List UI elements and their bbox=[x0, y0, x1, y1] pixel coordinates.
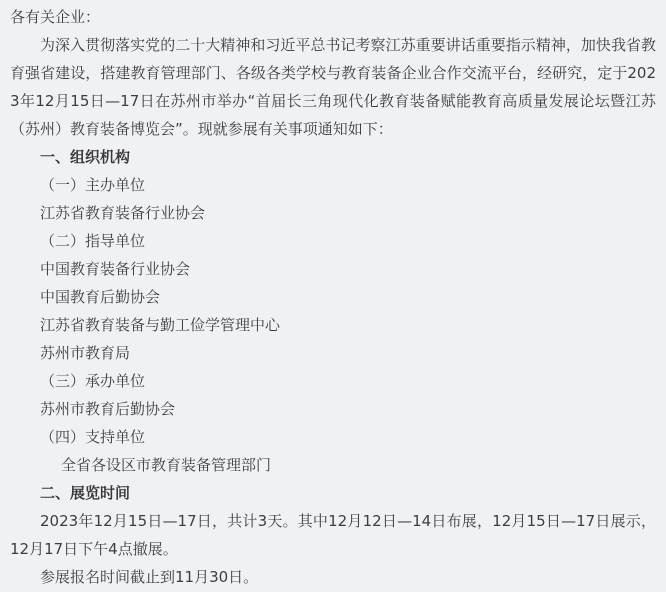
intro-paragraph: 为深入贯彻落实党的二十大精神和习近平总书记考察江苏重要讲话重要指示精神，加快我省… bbox=[10, 31, 656, 143]
host-unit-name: 江苏省教育装备行业协会 bbox=[10, 199, 656, 227]
guidance-unit-name-4: 苏州市教育局 bbox=[10, 339, 656, 367]
section-heading-organization: 一、组织机构 bbox=[10, 143, 656, 171]
guidance-unit-name-3: 江苏省教育装备与勤工俭学管理中心 bbox=[10, 311, 656, 339]
guidance-unit-name-2: 中国教育后勤协会 bbox=[10, 283, 656, 311]
organizer-unit-name: 苏州市教育后勤协会 bbox=[10, 395, 656, 423]
section-heading-exhibition-time: 二、展览时间 bbox=[10, 479, 656, 507]
exhibition-time-paragraph: 2023年12月15日—17日，共计3天。其中12月12日—14日布展，12月1… bbox=[10, 507, 656, 563]
item-guidance-unit-label: （二）指导单位 bbox=[10, 227, 656, 255]
guidance-unit-name-1: 中国教育装备行业协会 bbox=[10, 255, 656, 283]
item-host-unit-label: （一）主办单位 bbox=[10, 171, 656, 199]
item-organizer-unit-label: （三）承办单位 bbox=[10, 367, 656, 395]
support-unit-name: 全省各设区市教育装备管理部门 bbox=[10, 451, 656, 479]
salutation: 各有关企业： bbox=[10, 3, 656, 31]
registration-deadline-paragraph: 参展报名时间截止到11月30日。 bbox=[10, 563, 656, 591]
notice-document: 各有关企业： 为深入贯彻落实党的二十大精神和习近平总书记考察江苏重要讲话重要指示… bbox=[0, 0, 666, 592]
item-support-unit-label: （四）支持单位 bbox=[10, 423, 656, 451]
